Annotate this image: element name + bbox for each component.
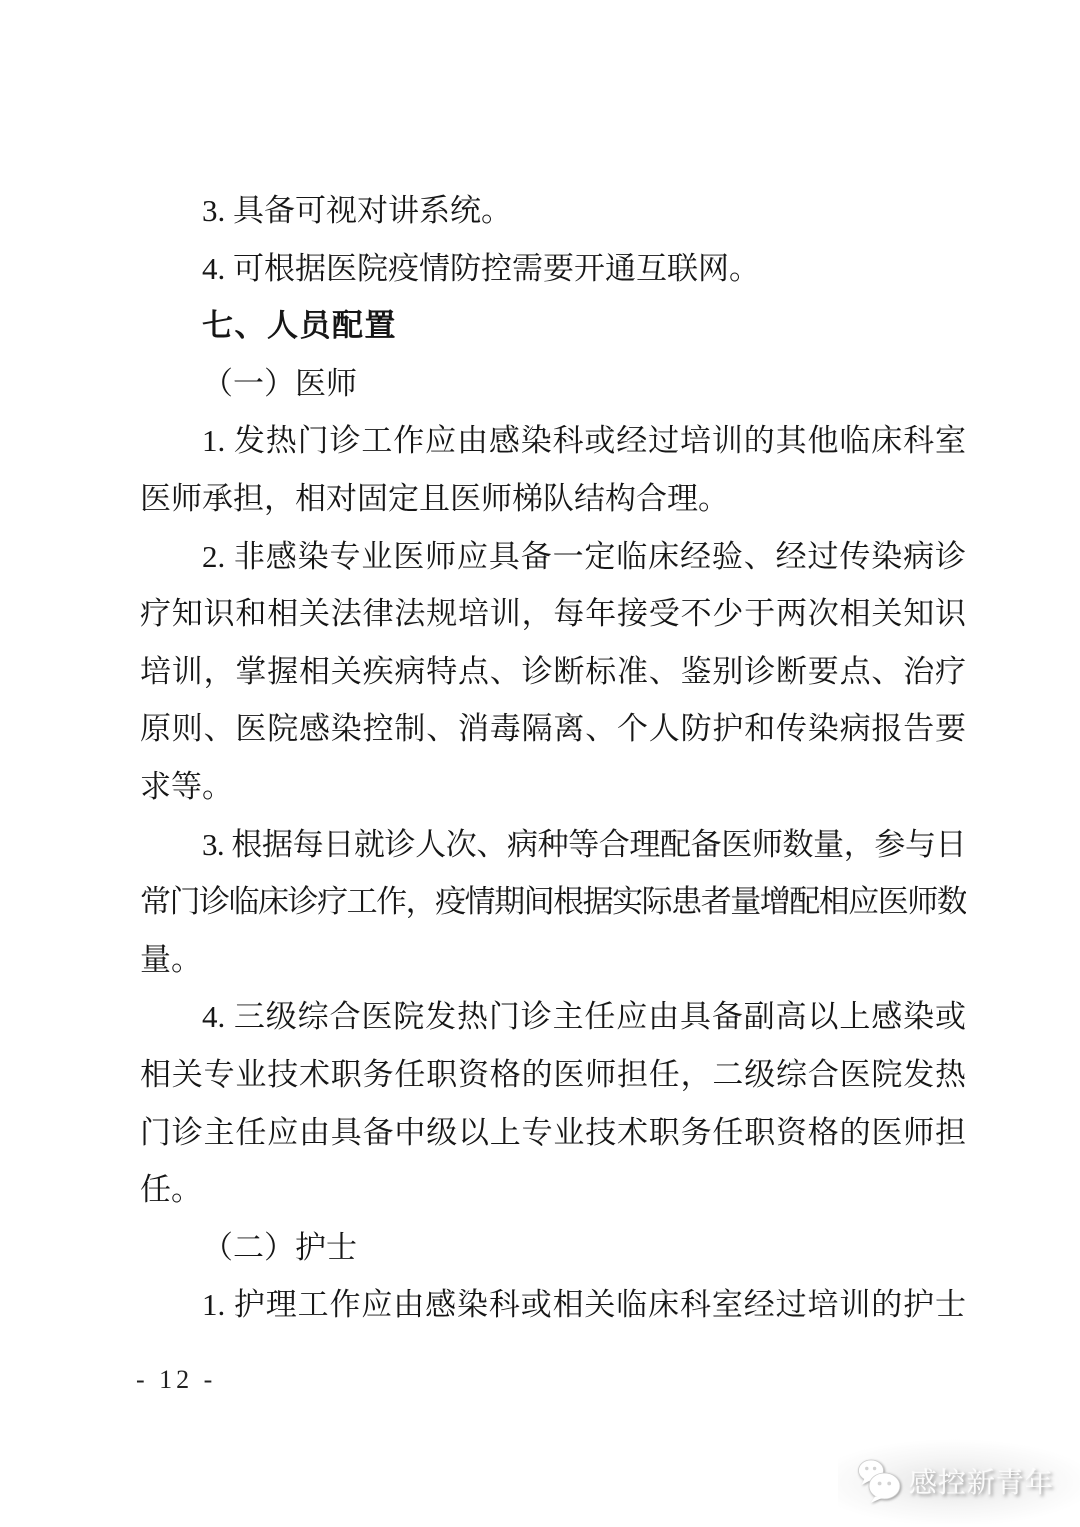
text-line: 2. 非感染专业医师应具备一定临床经验、经过传染病诊 [140,528,966,586]
text-line: 任。 [140,1161,966,1219]
text-line: 相关专业技术职务任职资格的医师担任，二级综合医院发热 [140,1046,966,1104]
text-line: 培训，掌握相关疾病特点、诊断标准、鉴别诊断要点、治疗 [140,643,966,701]
text-line: 医师承担，相对固定且医师梯队结构合理。 [140,470,966,528]
text-line: 量。 [140,931,966,989]
watermark-label: 感控新青年 [909,1461,1054,1501]
page-number: - 12 - [136,1365,216,1395]
document-body: 3. 具备可视对讲系统。4. 可根据医院疫情防控需要开通互联网。七、人员配置（一… [140,182,966,1334]
text-line: 原则、医院感染控制、消毒隔离、个人防护和传染病报告要 [140,700,966,758]
text-line: 3. 根据每日就诊人次、病种等合理配备医师数量，参与日 [140,816,966,874]
text-line: 3. 具备可视对讲系统。 [140,182,966,240]
text-line: 1. 发热门诊工作应由感染科或经过培训的其他临床科室 [140,412,966,470]
text-line: 求等。 [140,758,966,816]
text-line: 门诊主任应由具备中级以上专业技术职务任职资格的医师担 [140,1104,966,1162]
text-line: 疗知识和相关法律法规培训，每年接受不少于两次相关知识 [140,585,966,643]
text-line: （一）医师 [140,355,966,413]
text-line: 1. 护理工作应由感染科或相关临床科室经过培训的护士 [140,1276,966,1334]
text-line: 常门诊临床诊疗工作，疫情期间根据实际患者量增配相应医师数 [140,873,966,931]
section-heading: 七、人员配置 [140,297,966,355]
text-line: 4. 三级综合医院发热门诊主任应由具备副高以上感染或 [140,988,966,1046]
watermark: 感控新青年 [838,1438,1080,1524]
text-line: （二）护士 [140,1219,966,1277]
text-line: 4. 可根据医院疫情防控需要开通互联网。 [140,240,966,298]
document-page: 3. 具备可视对讲系统。4. 可根据医院疫情防控需要开通互联网。七、人员配置（一… [0,0,1080,1527]
wechat-icon [856,1458,902,1504]
